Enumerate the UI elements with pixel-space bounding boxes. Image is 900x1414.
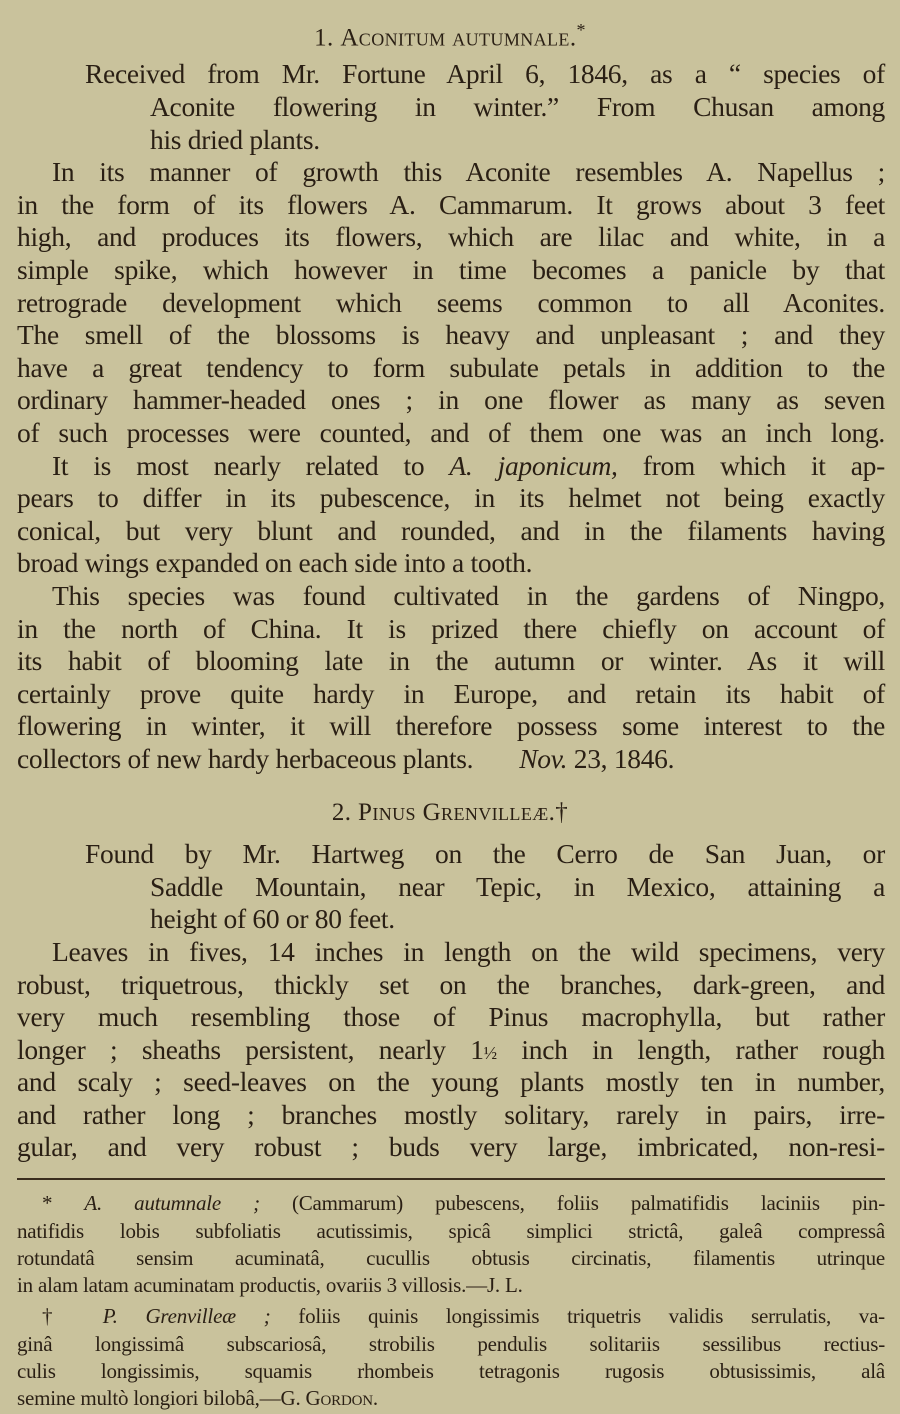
footnote-species-italic: A. autumnale ;: [84, 1191, 259, 1215]
body-line: gular, and very robust ; buds very large…: [17, 1131, 885, 1164]
body-text: It is most nearly related to: [52, 450, 449, 481]
body-line: very much resembling those of Pinus macr…: [17, 1001, 885, 1034]
summary-line: Received from Mr. Fortune April 6, 1846,…: [85, 58, 885, 91]
body-line: Leaves in fives, 14 inches in length on …: [52, 936, 885, 969]
footnote-line: rotundatâ sensim acuminatâ, cucullis obt…: [17, 1244, 885, 1272]
footnote-line: * A. autumnale ; (Cammarum) pubescens, f…: [42, 1189, 885, 1217]
fraction-half: ½: [484, 1043, 497, 1063]
body-line: This species was found cultivated in the…: [52, 580, 885, 613]
body-line: longer ; sheaths persistent, nearly 1½ i…: [17, 1034, 885, 1067]
body-text: from which it ap-: [618, 450, 885, 481]
body-line: It is most nearly related to A. japonicu…: [52, 450, 885, 483]
body-line: The smell of the blossoms is heavy and u…: [17, 319, 885, 352]
footnote-line: † P. Grenvilleæ ; foliis quinis longissi…: [42, 1302, 885, 1330]
footnote-line: semine multò longiori bilobâ,—G. Gordon.: [17, 1384, 885, 1412]
footnote-divider: [17, 1178, 885, 1180]
summary-line: height of 60 or 80 feet.: [150, 903, 885, 936]
section-1-title: Aconitum autumnale.: [340, 24, 576, 51]
section-1-heading: 1. Aconitum autumnale.*: [0, 14, 900, 54]
date-text: 23, 1846.: [567, 743, 674, 774]
summary-line: Saddle Mountain, near Tepic, in Mexico, …: [150, 871, 885, 904]
footnote-text: foliis quinis longissimis triquetris val…: [271, 1304, 885, 1328]
footnote-line: ginâ longissimâ subscariosâ, strobilis p…: [17, 1330, 885, 1358]
body-text: longer ; sheaths persistent, nearly 1: [17, 1034, 484, 1065]
body-line: its habit of blooming late in the autumn…: [17, 645, 885, 678]
footnote-line: natifidis lobis subfoliatis acutissimis,…: [17, 1217, 885, 1245]
footnote-text: (Cammarum) pubescens, foliis palmatifidi…: [260, 1191, 885, 1215]
summary-line: Found by Mr. Hartweg on the Cerro de San…: [85, 838, 885, 871]
footnote-line: culis longissimis, squamis rhombeis tetr…: [17, 1357, 885, 1385]
summary-line: his dried plants.: [150, 124, 885, 157]
body-line: robust, triquetrous, thickly set on the …: [17, 969, 885, 1002]
section-2-title: Pinus Grenvilleæ.: [358, 799, 555, 826]
footnote-species-italic: P. Grenvilleæ ;: [103, 1304, 271, 1328]
footnote-text: semine multò longiori bilobâ,—G.: [17, 1386, 306, 1410]
species-name-italic: A. japonicum,: [449, 450, 617, 481]
footnote-ref-dagger[interactable]: †: [555, 799, 568, 826]
body-line: ordinary hammer-headed ones ; in one flo…: [17, 384, 885, 417]
section-2-heading: 2. Pinus Grenvilleæ.†: [0, 797, 900, 829]
author-name: Gordon.: [306, 1386, 378, 1410]
body-line: pears to differ in its pubescence, in it…: [17, 482, 885, 515]
body-line: certainly prove quite hardy in Europe, a…: [17, 678, 885, 711]
section-2-number: 2.: [332, 799, 352, 826]
body-line: and scaly ; seed-leaves on the young pla…: [17, 1066, 885, 1099]
document-page: 1. Aconitum autumnale.* Received from Mr…: [0, 0, 900, 1414]
body-line: of such processes were counted, and of t…: [17, 417, 885, 450]
body-line: and rather long ; branches mostly solita…: [17, 1099, 885, 1132]
footnote-mark-dagger: †: [42, 1304, 75, 1328]
body-line: collectors of new hardy herbaceous plant…: [17, 743, 852, 776]
body-line: retrograde development which seems commo…: [17, 287, 885, 320]
body-line: in the north of China. It is prized ther…: [17, 613, 885, 646]
footnote-line: in alam latam acuminatam productis, ovar…: [17, 1271, 885, 1299]
body-text: inch in length, rather rough: [497, 1034, 885, 1065]
body-text: collectors of new hardy herbaceous plant…: [17, 743, 473, 774]
date-italic: Nov.: [519, 743, 567, 774]
body-line: have a great tendency to form subulate p…: [17, 352, 885, 385]
footnote-ref-asterisk[interactable]: *: [576, 20, 585, 40]
footnote-mark-asterisk: *: [42, 1191, 52, 1215]
body-line: conical, but very blunt and rounded, and…: [17, 515, 885, 548]
body-line: high, and produces its flowers, which ar…: [17, 221, 885, 254]
body-line: flowering in winter, it will therefore p…: [17, 710, 885, 743]
body-line: in the form of its flowers A. Cammarum. …: [17, 189, 885, 222]
body-line: simple spike, which however in time beco…: [17, 254, 885, 287]
body-line: In its manner of growth this Aconite res…: [52, 156, 885, 189]
summary-line: Aconite flowering in winter.” From Chusa…: [150, 91, 885, 124]
body-line: broad wings expanded on each side into a…: [17, 547, 885, 580]
section-1-number: 1.: [314, 24, 334, 51]
